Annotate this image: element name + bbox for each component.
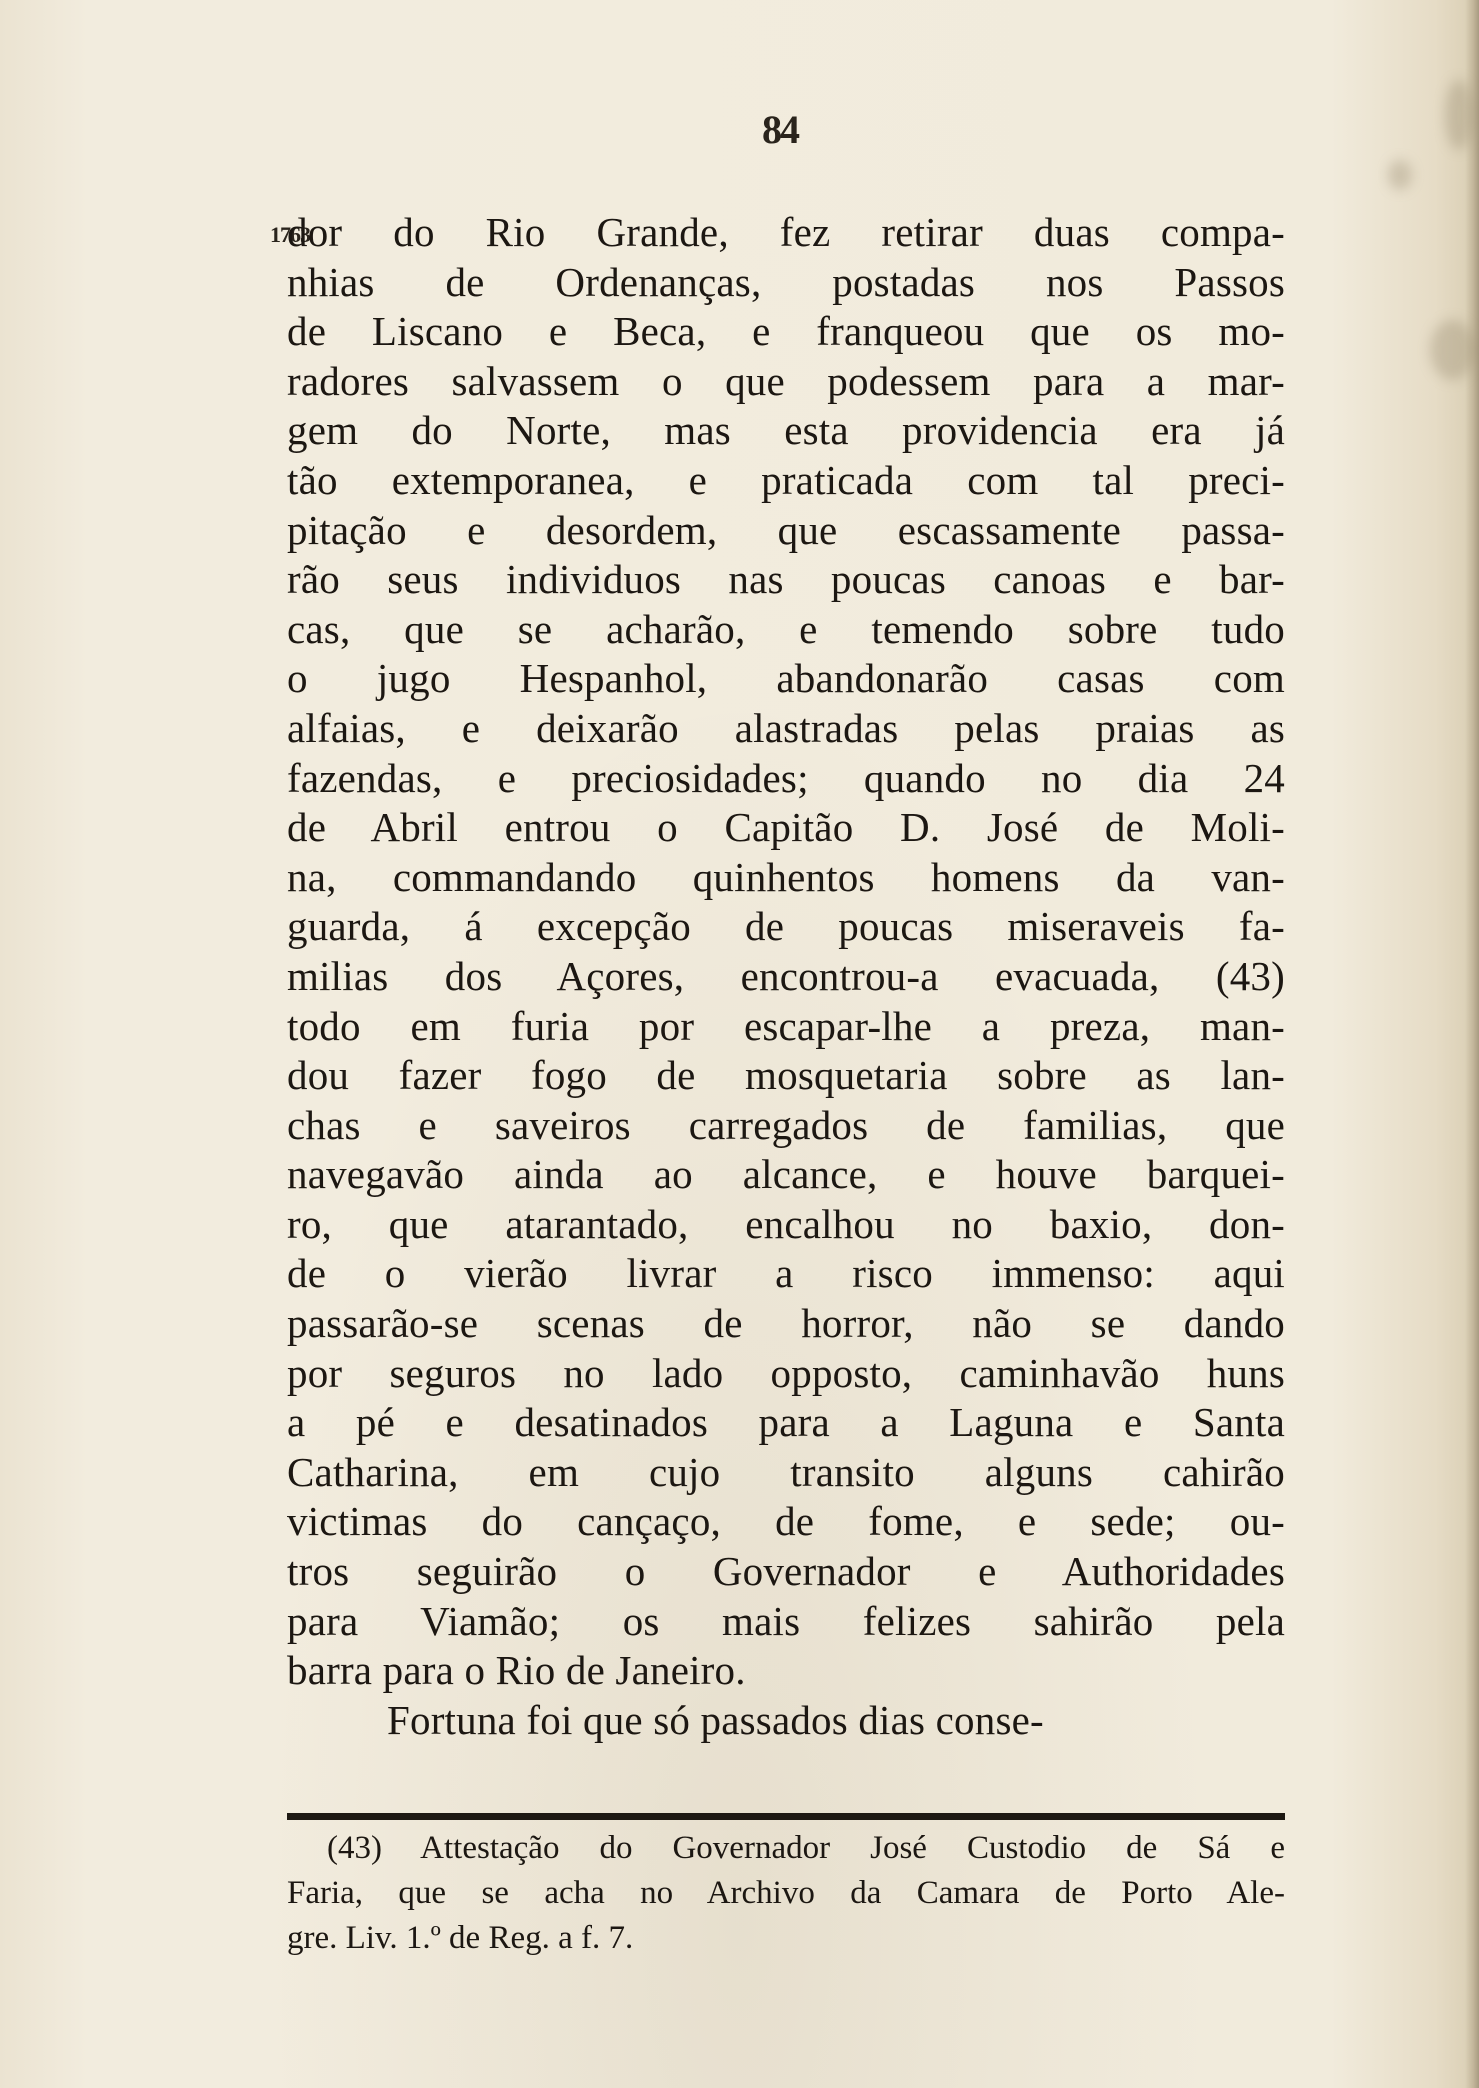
footnote-rule [287,1813,1285,1820]
page-edge-shadow [1465,0,1479,2088]
text-line: nhias de Ordenanças, postadas nos Passos [287,258,1285,308]
text-line: de Liscano e Beca, e franqueou que os mo… [287,307,1285,357]
text-line: Catharina, em cujo transito alguns cahir… [287,1448,1285,1498]
text-line: dor do Rio Grande, fez retirar duas comp… [287,208,1285,258]
page-number: 84 [740,106,820,153]
text-line: alfaias, e deixarão alastradas pelas pra… [287,704,1285,754]
ink-stain [1445,80,1473,150]
text-line: barra para o Rio de Janeiro. [287,1646,1285,1696]
text-line: dou fazer fogo de mosquetaria sobre as l… [287,1051,1285,1101]
text-line: para Viamão; os mais felizes sahirão pel… [287,1597,1285,1647]
text-line: tão extemporanea, e praticada com tal pr… [287,456,1285,506]
text-line: tros seguirão o Governador e Authoridade… [287,1547,1285,1597]
text-line: ro, que atarantado, encalhou no baxio, d… [287,1200,1285,1250]
book-page: 84 1763 dor do Rio Grande, fez retirar d… [0,0,1479,2088]
footnote-line: (43) Attestação do Governador José Custo… [287,1826,1285,1871]
footnote-line: gre. Liv. 1.º de Reg. a f. 7. [287,1916,1285,1961]
text-line: de o vierão livrar a risco immenso: aqui [287,1249,1285,1299]
ink-stain [1430,320,1475,380]
text-line: guarda, á excepção de poucas miseraveis … [287,902,1285,952]
text-line: navegavão ainda ao alcance, e houve barq… [287,1150,1285,1200]
text-line: chas e saveiros carregados de familias, … [287,1101,1285,1151]
text-line: de Abril entrou o Capitão D. José de Mol… [287,803,1285,853]
paragraph-start-line: Fortuna foi que só passados dias conse- [287,1696,1285,1746]
text-line: o jugo Hespanhol, abandonarão casas com [287,654,1285,704]
text-line: cas, que se acharão, e temendo sobre tud… [287,605,1285,655]
text-line: todo em furia por escapar-lhe a preza, m… [287,1002,1285,1052]
text-line: radores salvassem o que podessem para a … [287,357,1285,407]
text-line: pitação e desordem, que escassamente pas… [287,506,1285,556]
text-line: rão seus individuos nas poucas canoas e … [287,555,1285,605]
body-text: dor do Rio Grande, fez retirar duas comp… [287,208,1285,1745]
footnote: (43) Attestação do Governador José Custo… [287,1826,1285,1961]
text-line: a pé e desatinados para a Laguna e Santa [287,1398,1285,1448]
text-line: milias dos Açores, encontrou-a evacuada,… [287,952,1285,1002]
text-line: gem do Norte, mas esta providencia era j… [287,406,1285,456]
text-line: victimas do cançaço, de fome, e sede; ou… [287,1497,1285,1547]
text-line: fazendas, e preciosidades; quando no dia… [287,754,1285,804]
text-line: passarão-se scenas de horror, não se dan… [287,1299,1285,1349]
text-line: por seguros no lado opposto, caminhavão … [287,1349,1285,1399]
text-line: na, commandando quinhentos homens da van… [287,853,1285,903]
footnote-line: Faria, que se acha no Archivo da Camara … [287,1871,1285,1916]
ink-stain [1388,160,1412,190]
